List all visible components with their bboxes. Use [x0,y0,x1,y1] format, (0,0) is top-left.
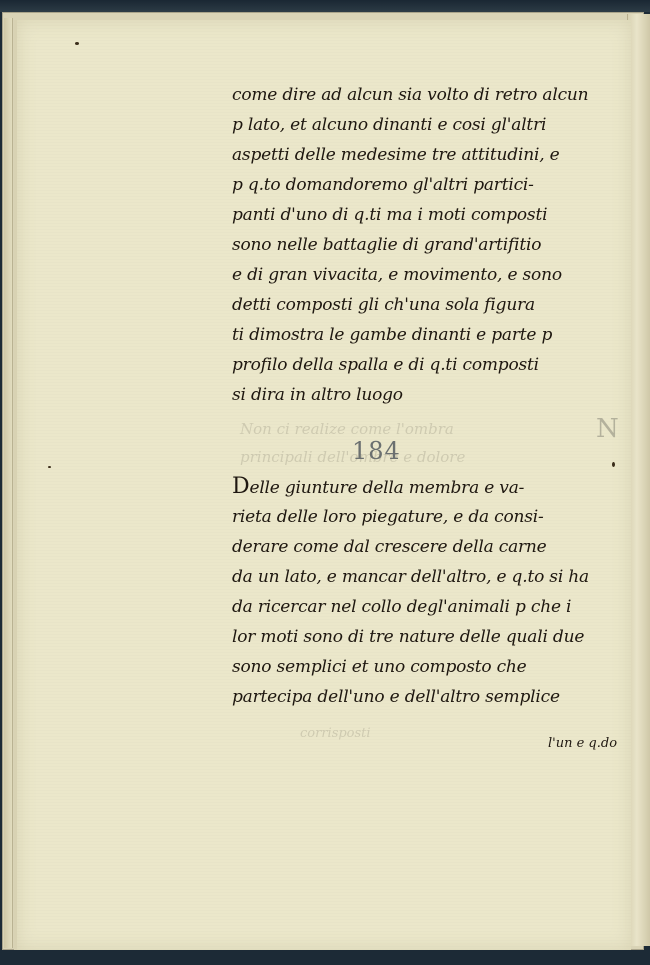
text-line: profilo della spalla e di q.ti composti [232,350,632,380]
text-line: p q.to domandoremo gl'altri partici- [232,170,632,200]
text-line: rieta delle loro piegature, e da consi- [232,502,632,532]
bleed-through-initial: N [596,414,619,444]
text-line: partecipa dell'uno e dell'altro semplice [232,682,632,712]
folio-number: 184 [352,437,401,465]
text-line: Delle giunture della membra e va- [232,472,632,502]
catchword: l'un e q.do [548,736,617,751]
text-line: come dire ad alcun sia volto di retro al… [232,80,632,110]
initial-letter: D [232,474,249,499]
ink-spot [48,466,51,468]
text-line: ti dimostra le gambe dinanti e parte p [232,320,632,350]
text-line: lor moti sono di tre nature delle quali … [232,622,632,652]
paragraph-2: Delle giunture della membra e va- rieta … [232,472,632,712]
text-line-rest: elle giunture della membra e va- [249,478,524,498]
bleed-through-text: corrisposti [300,726,371,741]
text-line: aspetti delle medesime tre attitudini, e [232,140,632,170]
text-line: derare come dal crescere della carne [232,532,632,562]
text-line: e di gran vivacita, e movimento, e sono [232,260,632,290]
text-line: si dira in altro luogo [232,380,632,410]
text-line: panti d'uno di q.ti ma i moti composti [232,200,632,230]
bleed-through-text: Non ci realize come l'ombra [240,420,454,438]
text-line: da un lato, e mancar dell'altro, e q.to … [232,562,632,592]
text-line: detti composti gli ch'una sola figura [232,290,632,320]
ink-spot [612,462,615,467]
text-line: sono semplici et uno composto che [232,652,632,682]
text-line: sono nelle battaglie di grand'artifitio [232,230,632,260]
scanner-background [0,0,650,12]
paragraph-1: come dire ad alcun sia volto di retro al… [232,80,632,410]
ink-spot [75,42,79,45]
text-line: p lato, et alcuno dinanti e cosi gl'altr… [232,110,632,140]
text-line: da ricercar nel collo degl'animali p che… [232,592,632,622]
page-fold [4,18,13,948]
